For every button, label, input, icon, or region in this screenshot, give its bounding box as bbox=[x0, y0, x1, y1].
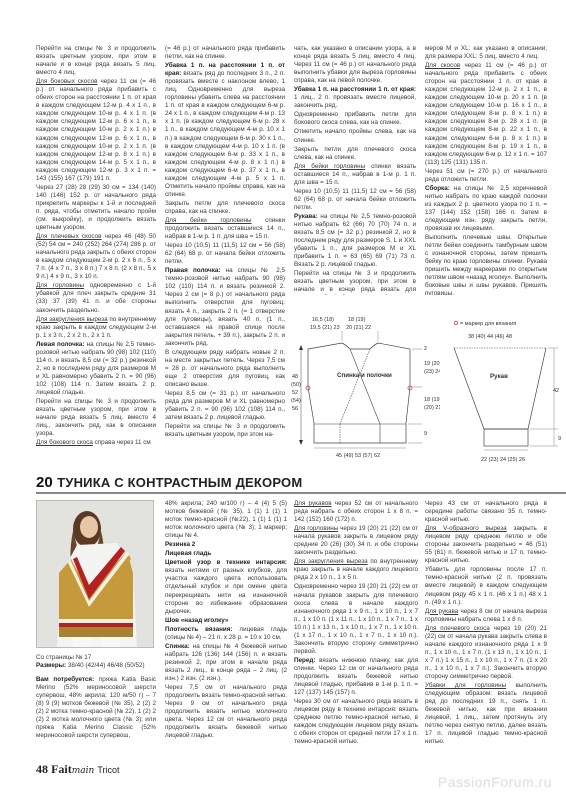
paragraph-lead: Убавки для горловины bbox=[425, 682, 506, 689]
paragraph-lead: Для скосов bbox=[425, 62, 460, 69]
paragraph: Спинка: на спицы № 4 бежевой нитью набра… bbox=[165, 643, 287, 683]
paragraph: Через 43 см от начального ряда в середин… bbox=[425, 500, 547, 524]
svg-text:56: 56 bbox=[292, 406, 298, 412]
paragraph-lead: Для закругления выреза bbox=[36, 316, 108, 323]
materials-text: пряжа Katia Basic Merino (52% мериносово… bbox=[36, 676, 156, 739]
paragraph: Для V-образного выреза закрыть в лицевом… bbox=[425, 525, 547, 565]
section-title: ТУНИКА С КОНТРАСТНЫМ ДЕКОРОМ bbox=[57, 475, 302, 490]
marker-legend: = маркер для вязания bbox=[460, 321, 516, 327]
paragraph: Убавить для горловины после 17 п. темно-… bbox=[425, 566, 547, 606]
paragraph: Шов «назад иголку» bbox=[165, 617, 287, 625]
paragraph: Для рукавов через 52 см от начального ря… bbox=[294, 500, 418, 524]
section-number: 20 bbox=[36, 474, 53, 491]
paragraph: Закрыть петли для плечевого скоса слева,… bbox=[294, 146, 416, 162]
paragraph: Закрыть петли для плечевого скоса справа… bbox=[165, 200, 285, 216]
paragraph-lead: Для плечевых скосов bbox=[36, 233, 101, 240]
dim-top-mid-2: 20 (21) 22 bbox=[346, 325, 371, 331]
materials-label: Вам потребуется: bbox=[36, 676, 94, 683]
paragraph-lead: Для рукавов bbox=[294, 500, 332, 507]
paragraph: Правая полочка: на спицы № 2,5 темно-роз… bbox=[165, 267, 285, 347]
paragraph-heading: Правая полочка: bbox=[165, 267, 220, 274]
dim-top-left-1: 16,5 (18) bbox=[312, 317, 334, 323]
paragraph-heading: Спинка: bbox=[165, 643, 190, 650]
marker-legend-icon bbox=[454, 321, 457, 324]
paragraph-lead: Для боковых скосов bbox=[36, 78, 97, 85]
svg-text:42: 42 bbox=[553, 388, 559, 394]
paragraph: Для бокового скоса справа через 11 см bbox=[36, 439, 156, 447]
sleeve-label: Рукав bbox=[490, 373, 508, 380]
svg-text:(23) 24: (23) 24 bbox=[424, 369, 440, 375]
paragraph: Для закругления выреза по внутреннему кр… bbox=[36, 316, 156, 340]
watermark: PassionForum.ru bbox=[438, 774, 552, 790]
magazine-brand-script: main bbox=[72, 766, 95, 776]
dim-top-left-2: 19,5 (21) 23 bbox=[310, 325, 340, 331]
paragraph-heading: Убавка 1 п. на расстоянии 1 п. от края: bbox=[294, 86, 416, 93]
paragraph: Убавка 1 п. на расстоянии 1 п. от края: … bbox=[294, 86, 416, 110]
paragraph-lead: Для бейки горловины bbox=[294, 163, 365, 170]
svg-text:19 (20) 22: 19 (20) 22 bbox=[424, 361, 440, 367]
materials-block: Вам потребуется: пряжа Katia Basic Merin… bbox=[36, 676, 156, 740]
photo-caption-block: Со страницы № 17 Размеры: 38/40 (42/44) … bbox=[36, 654, 156, 670]
body-label: Спинка и полочки bbox=[337, 372, 392, 379]
paragraph: Через 30 см от начального ряда вязать в … bbox=[294, 698, 418, 746]
tunic-column-2: 48% акрила; 240 м/100 г) – 4 (4) 5 (5) м… bbox=[165, 500, 287, 741]
svg-text:52: 52 bbox=[292, 390, 298, 396]
svg-text:(20) 21: (20) 21 bbox=[424, 405, 440, 411]
paragraph: Перейти на спицы № 3 и продолжить вязать… bbox=[294, 270, 416, 295]
body-width: 45 (49) 53 (57) 62 bbox=[336, 453, 380, 459]
paragraph-lead: Для рукава bbox=[425, 608, 458, 615]
paragraph: Через 10 (10,5) 11 (11,5) 12 см = 56 (58… bbox=[165, 242, 285, 266]
paragraph-lead: Для V-образного выреза bbox=[425, 525, 507, 532]
sleeve-top-width: 38 (40) 44 (46) 48 bbox=[468, 334, 512, 340]
paragraph: Через 27 (28) 28 (29) 30 см = 134 (140) … bbox=[36, 184, 156, 232]
paragraph: меров M и XL: как указано в описании; дл… bbox=[425, 45, 547, 61]
paragraph: Для рукава через 8 см от начала выреза г… bbox=[425, 608, 547, 624]
paragraph: Убавка 1 п. на расстоянии 1 п. от края: … bbox=[165, 62, 285, 199]
svg-text:2: 2 bbox=[424, 346, 427, 352]
paragraph-heading: Плотность вязания: bbox=[165, 626, 233, 633]
section-heading: 20 ТУНИКА С КОНТРАСТНЫМ ДЕКОРОМ bbox=[36, 474, 566, 494]
paragraph: Левая полочка: на спицы № 2,5 темно-розо… bbox=[36, 341, 156, 397]
paragraph-heading: Левая полочка: bbox=[36, 341, 85, 348]
paragraph: Перейти на спицы № 3 и продолжить вязать… bbox=[165, 423, 285, 439]
paragraph: Перейти на спицы № 3 и продолжить вязать… bbox=[36, 45, 156, 77]
paragraph: Цветной узор в технике интарсия: вязать … bbox=[165, 559, 287, 615]
paragraph-lead: Для бокового скоса bbox=[36, 439, 93, 446]
pattern-column-1: Перейти на спицы № 3 и продолжить вязать… bbox=[36, 45, 156, 448]
tunic-column-3: Для рукавов через 52 см от начального ря… bbox=[294, 500, 418, 747]
tunic-photo bbox=[36, 500, 154, 648]
paragraph-heading: Шов «назад иголку» bbox=[165, 617, 228, 624]
paragraph: Через 8,5 см (= 31 р.) от начального ряд… bbox=[165, 390, 285, 422]
paragraph: Для плечевого скоса через 19 (20) 21 (22… bbox=[425, 625, 547, 681]
svg-text:18 (19) 19: 18 (19) 19 bbox=[424, 397, 440, 403]
paragraph-lead: Для горловины bbox=[294, 525, 338, 532]
pattern-column-2: (= 46 р.) от начального ряда прибавить п… bbox=[165, 45, 285, 440]
paragraph: Для бейки горловины спинки продолжить вя… bbox=[165, 217, 285, 241]
paragraph: Для боковых скосов через 11 см (= 46 р.)… bbox=[36, 78, 156, 183]
paragraph: Для горловины одновременно с 1-й убавкой… bbox=[36, 282, 156, 314]
paragraph-lead: Для закругления выреза bbox=[294, 558, 368, 565]
paragraph: Для закругления выреза по внутреннему кр… bbox=[294, 558, 418, 582]
paragraph: 48% акрила; 240 м/100 г) – 4 (4) 5 (5) м… bbox=[165, 500, 287, 540]
paragraph: (= 46 р.) от начального ряда прибавить п… bbox=[165, 45, 285, 61]
magazine-name: Tricot bbox=[97, 765, 119, 775]
paragraph: чать, как указано в описании узора, а в … bbox=[294, 45, 416, 85]
paragraph-heading: Убавка 1 п. на расстоянии 1 п. от края: bbox=[165, 62, 285, 77]
paragraph: Выполнить плечевые швы. Открытые петли б… bbox=[425, 234, 547, 295]
page-number: 48 bbox=[36, 762, 48, 776]
source-page: Со страницы № 17 bbox=[36, 654, 156, 662]
paragraph: Убавки для горловины выполнить следующим… bbox=[425, 682, 547, 746]
paragraph: Перед: вязать нижнюю планку, как для спи… bbox=[294, 657, 418, 697]
svg-text:(54): (54) bbox=[291, 398, 301, 404]
paragraph: Рукава: на спицы № 2,5 темно-розовой нит… bbox=[294, 213, 416, 269]
paragraph-heading: Лицевая гладь bbox=[165, 550, 211, 557]
paragraph-heading: Цветной узор в технике интарсия: bbox=[165, 559, 287, 566]
sizes-label: Размеры: bbox=[36, 662, 66, 669]
paragraph: Резинка 2 bbox=[165, 541, 287, 549]
paragraph-lead: Для бейки горловины bbox=[165, 217, 252, 224]
page-footer: 48 Faitmain Tricot bbox=[36, 762, 120, 777]
paragraph: Для скосов через 11 см (= 46 р.) от нача… bbox=[425, 62, 547, 167]
paragraph-lead: Для плечевого скоса bbox=[425, 625, 490, 632]
pattern-column-3: чать, как указано в описании узора, а в … bbox=[294, 45, 416, 295]
paragraph: Одновременно через 19 (20) 21 (22) см от… bbox=[294, 583, 418, 655]
paragraph-heading: Рукава: bbox=[294, 213, 318, 220]
paragraph: Для плечевых скосов через 46 (48) 50 (52… bbox=[36, 233, 156, 281]
svg-text:9: 9 bbox=[558, 436, 561, 442]
sleeve-schematic: = маркер для вязания 38 (40) 44 (46) 48 … bbox=[450, 315, 566, 465]
paragraph: В следующем ряду набрать новые 2 п. на м… bbox=[165, 349, 285, 389]
svg-text:(50): (50) bbox=[291, 382, 301, 388]
svg-text:48: 48 bbox=[292, 374, 298, 380]
paragraph: Отметить начало проймы слева, как на спи… bbox=[294, 128, 416, 144]
paragraph: Сборка: на спицы № 2,5 коричневой нитью … bbox=[425, 185, 547, 233]
pattern-column-4: меров M и XL: как указано в описании; дл… bbox=[425, 45, 547, 295]
paragraph: Через 7,5 см от начального ряда продолжи… bbox=[165, 684, 287, 740]
svg-text:9: 9 bbox=[424, 431, 427, 437]
paragraph: Лицевая гладь bbox=[165, 550, 287, 558]
paragraph-lead: Для горловины bbox=[36, 282, 84, 289]
paragraph: Одновременно прибавить петли для боковог… bbox=[294, 111, 416, 127]
tunic-column-4: Через 43 см от начального ряда в середин… bbox=[425, 500, 547, 747]
paragraph: Через 10 (10,5) 11 (11,5) 12 см = 56 (58… bbox=[294, 188, 416, 212]
sizes-value: 38/40 (42/44) 46/48 (50/52) bbox=[66, 662, 144, 669]
paragraph: Для бейки горловины спинки вязать оставш… bbox=[294, 163, 416, 187]
paragraph-heading: Перед: bbox=[294, 657, 315, 664]
paragraph: Через 51 см (= 270 р.) от начального ряд… bbox=[425, 168, 547, 184]
paragraph: Для горловины через 19 (20) 21 (22) см о… bbox=[294, 525, 418, 557]
body-schematic: 16,5 (18) 19,5 (21) 23 18 (19) 20 (21) 2… bbox=[290, 315, 440, 465]
magazine-brand: Fait bbox=[51, 762, 72, 776]
sleeve-bottom-width: 22 (23) 24 (25) 26 bbox=[481, 457, 525, 463]
paragraph-heading: Сборка: bbox=[425, 185, 450, 192]
paragraph: Перейти на спицы № 3 и продолжить вязать… bbox=[36, 398, 156, 438]
dim-top-mid-1: 18 (19) bbox=[348, 317, 366, 323]
paragraph: Плотность вязания: лицевая гладь (спицы … bbox=[165, 626, 287, 642]
paragraph-heading: Резинка 2 bbox=[165, 541, 195, 548]
